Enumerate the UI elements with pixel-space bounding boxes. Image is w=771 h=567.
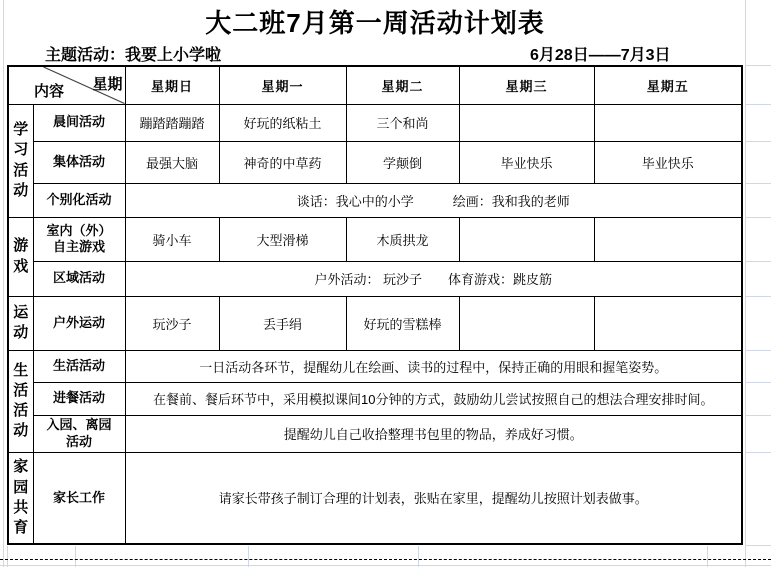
row-label-morning-activity[interactable]: 晨间活动	[33, 104, 125, 141]
gridline-horizontal	[745, 141, 771, 142]
cell[interactable]: 大型滑梯	[219, 217, 346, 261]
table-row: 游戏 室内（外） 自主游戏 骑小车 大型滑梯 木质拱龙	[8, 217, 742, 261]
gridline-vertical	[707, 546, 708, 567]
row-label-individualized-activity[interactable]: 个别化活动	[33, 183, 125, 217]
gridline-horizontal	[745, 261, 771, 262]
gridline-horizontal	[745, 350, 771, 351]
row-label-group-activity[interactable]: 集体活动	[33, 141, 125, 183]
gridline-vertical	[248, 546, 249, 567]
gridline-horizontal	[745, 452, 771, 453]
section-label: 学习活动	[12, 120, 29, 201]
day-header-sunday[interactable]: 星期日	[125, 66, 219, 104]
table-header-row: 内容 星期 星期日 星期一 星期二 星期三 星期五	[8, 66, 742, 104]
cell[interactable]: 毕业快乐	[459, 141, 594, 183]
page-break-line	[0, 559, 771, 560]
table-row: 集体活动 最强大脑 神奇的中草药 学颠倒 毕业快乐 毕业快乐	[8, 141, 742, 183]
section-label: 生活活动	[12, 361, 29, 442]
cell[interactable]: 毕业快乐	[594, 141, 742, 183]
merged-cell[interactable]: 一日活动各环节，提醒幼儿在绘画、读书的过程中，保持正确的用眼和握笔姿势。	[125, 350, 742, 382]
day-header-tuesday[interactable]: 星期二	[346, 66, 459, 104]
section-sports[interactable]: 运动	[8, 296, 33, 350]
theme-activity-label[interactable]: 主题活动：我要上小学啦	[45, 42, 221, 65]
cell[interactable]: 玩沙子	[125, 296, 219, 350]
cell[interactable]: 神奇的中草药	[219, 141, 346, 183]
day-header-monday[interactable]: 星期一	[219, 66, 346, 104]
row-label-meal-activity[interactable]: 进餐活动	[33, 382, 125, 415]
cell[interactable]	[459, 217, 594, 261]
cell[interactable]: 骑小车	[125, 217, 219, 261]
row-label-indoor-outdoor-free-play[interactable]: 室内（外） 自主游戏	[33, 217, 125, 261]
day-header-friday[interactable]: 星期五	[594, 66, 742, 104]
page-title[interactable]: 大二班7月第一周活动计划表	[8, 3, 742, 40]
cell[interactable]: 丢手绢	[219, 296, 346, 350]
cell[interactable]: 学颠倒	[346, 141, 459, 183]
section-games[interactable]: 游戏	[8, 217, 33, 296]
cell[interactable]	[459, 296, 594, 350]
gridline-vertical	[745, 0, 746, 567]
table-row: 个别化活动 谈话：我心中的小学 绘画：我和我的老师	[8, 183, 742, 217]
merged-cell[interactable]: 请家长带孩子制订合理的计划表，张贴在家里，提醒幼儿按照计划表做事。	[125, 452, 742, 544]
corner-header-cell[interactable]: 内容 星期	[8, 66, 125, 104]
gridline-horizontal	[745, 382, 771, 383]
merged-cell[interactable]: 户外活动： 玩沙子 体育游戏：跳皮筋	[125, 261, 742, 296]
row-label-arrival-departure-activity[interactable]: 入园、离园 活动	[33, 415, 125, 452]
gridline-vertical	[418, 546, 419, 567]
gridline-horizontal	[745, 65, 771, 66]
spreadsheet-sheet: 大二班7月第一周活动计划表 主题活动：我要上小学啦 6月28日——7月3日 内容…	[0, 0, 771, 567]
table-row: 生活活动 生活活动 一日活动各环节，提醒幼儿在绘画、读书的过程中，保持正确的用眼…	[8, 350, 742, 382]
table-row: 区域活动 户外活动： 玩沙子 体育游戏：跳皮筋	[8, 261, 742, 296]
table-row: 入园、离园 活动 提醒幼儿自己收拾整理书包里的物品，养成好习惯。	[8, 415, 742, 452]
table-row: 运动 户外运动 玩沙子 丢手绢 好玩的雪糕棒	[8, 296, 742, 350]
gridline-vertical	[75, 546, 76, 567]
gridline-horizontal	[0, 565, 771, 566]
weekly-plan-table: 内容 星期 星期日 星期一 星期二 星期三 星期五 学习活动 晨间活动 蹦踏踏蹦…	[7, 65, 743, 545]
gridline-horizontal	[745, 104, 771, 105]
cell[interactable]	[594, 104, 742, 141]
section-daily-life-activities[interactable]: 生活活动	[8, 350, 33, 452]
gridline-vertical	[3, 0, 4, 567]
section-label: 游戏	[12, 236, 29, 277]
merged-cell[interactable]: 在餐前、餐后环节中，采用模拟课间10分钟的方式，鼓励幼儿尝试按照自己的想法合理安…	[125, 382, 742, 415]
section-home-kindergarten-coop[interactable]: 家园共育	[8, 452, 33, 544]
row-label-life-activity[interactable]: 生活活动	[33, 350, 125, 382]
cell[interactable]: 最强大脑	[125, 141, 219, 183]
cell[interactable]	[594, 217, 742, 261]
cell[interactable]: 好玩的雪糕棒	[346, 296, 459, 350]
cell[interactable]	[594, 296, 742, 350]
row-label-area-activity[interactable]: 区域活动	[33, 261, 125, 296]
date-range-label[interactable]: 6月28日——7月3日	[530, 42, 671, 65]
gridline-vertical	[7, 546, 8, 567]
merged-cell[interactable]: 谈话：我心中的小学 绘画：我和我的老师	[125, 183, 742, 217]
merged-cell[interactable]: 提醒幼儿自己收拾整理书包里的物品，养成好习惯。	[125, 415, 742, 452]
section-learning-activities[interactable]: 学习活动	[8, 104, 33, 217]
gridline-horizontal	[745, 217, 771, 218]
gridline-horizontal	[745, 183, 771, 184]
day-header-wednesday[interactable]: 星期三	[459, 66, 594, 104]
cell[interactable]: 木质拱龙	[346, 217, 459, 261]
cell[interactable]	[459, 104, 594, 141]
corner-week-label: 星期	[92, 73, 122, 94]
corner-content-label: 内容	[34, 80, 64, 101]
gridline-horizontal	[745, 545, 771, 546]
table-row: 进餐活动 在餐前、餐后环节中，采用模拟课间10分钟的方式，鼓励幼儿尝试按照自己的…	[8, 382, 742, 415]
table-row: 家园共育 家长工作 请家长带孩子制订合理的计划表，张贴在家里，提醒幼儿按照计划表…	[8, 452, 742, 544]
row-label-parent-work[interactable]: 家长工作	[33, 452, 125, 544]
gridline-horizontal	[745, 415, 771, 416]
section-label: 家园共育	[12, 457, 29, 538]
cell[interactable]: 三个和尚	[346, 104, 459, 141]
table-row: 学习活动 晨间活动 蹦踏踏蹦踏 好玩的纸粘土 三个和尚	[8, 104, 742, 141]
cell[interactable]: 蹦踏踏蹦踏	[125, 104, 219, 141]
row-label-outdoor-sports[interactable]: 户外运动	[33, 296, 125, 350]
cell[interactable]: 好玩的纸粘土	[219, 104, 346, 141]
gridline-horizontal	[745, 296, 771, 297]
section-label: 运动	[12, 303, 29, 344]
